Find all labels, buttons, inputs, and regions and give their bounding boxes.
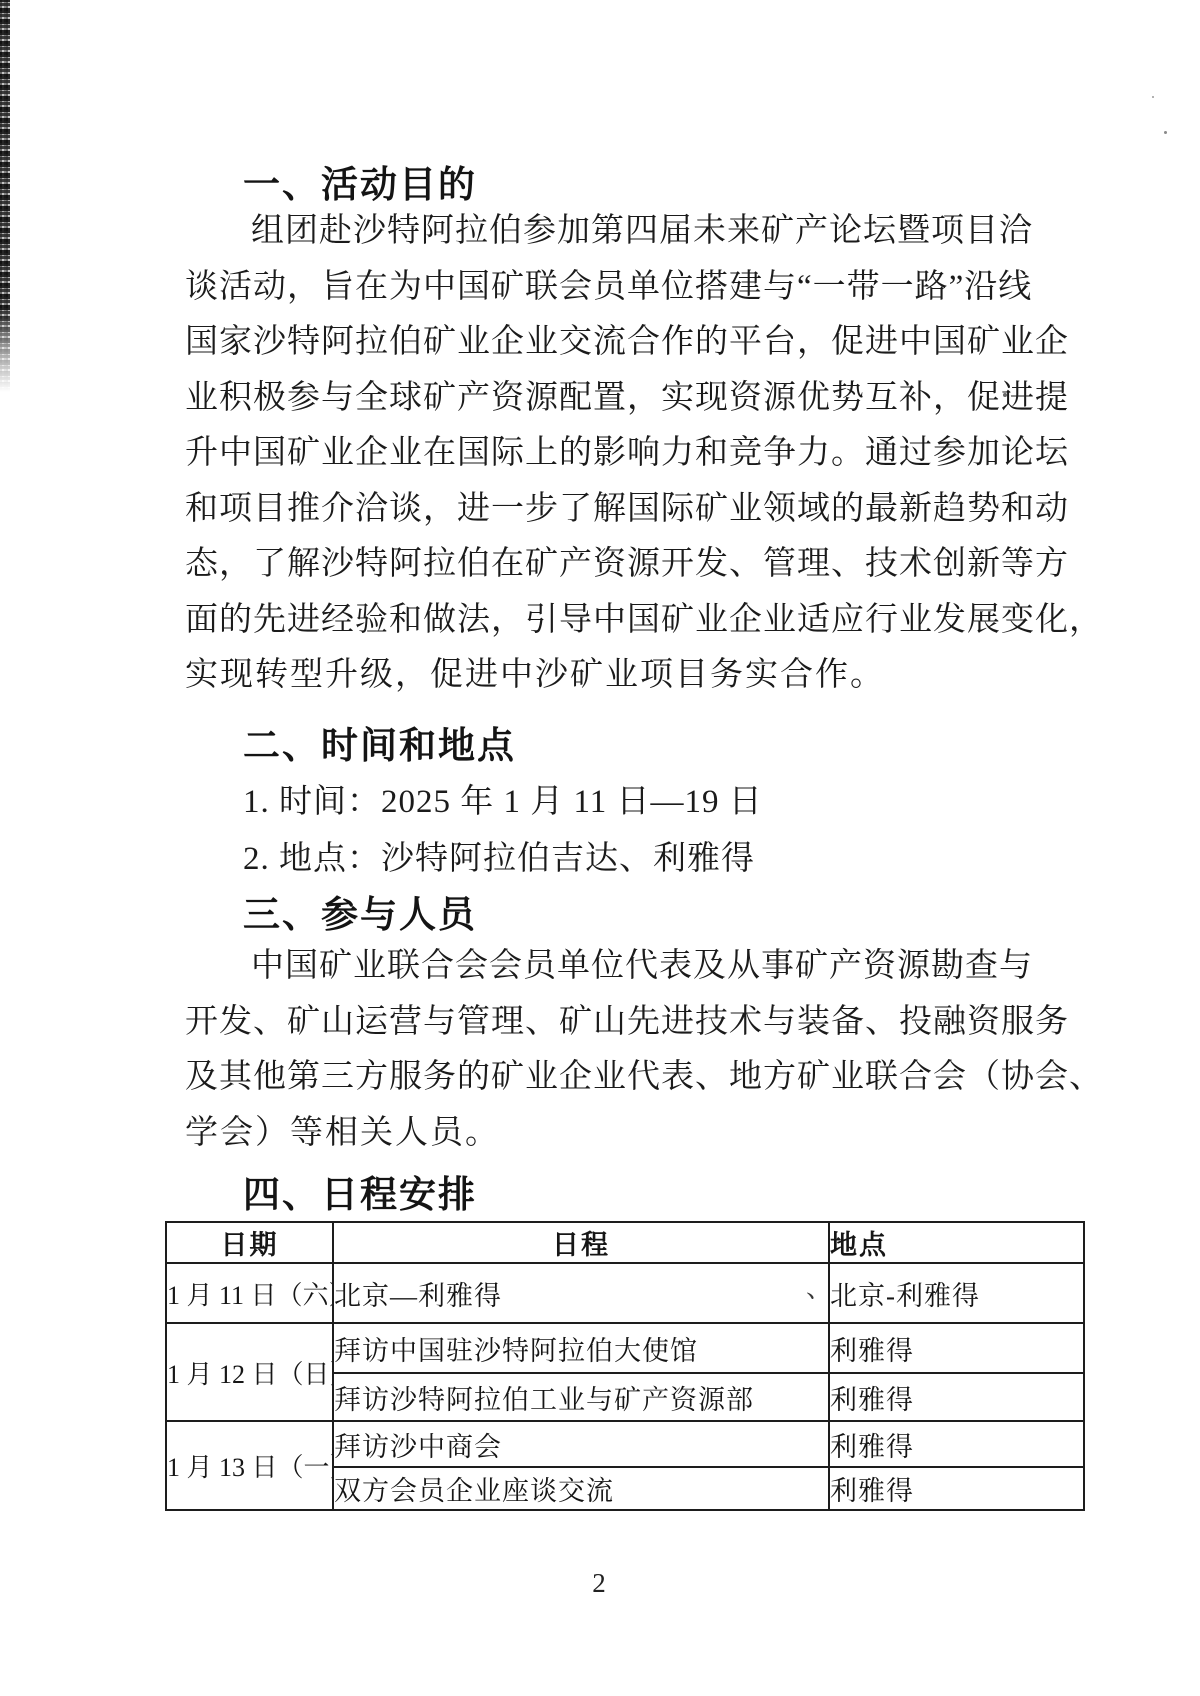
scan-speck bbox=[1152, 96, 1154, 98]
paragraph-line: 组团赴沙特阿拉伯参加第四届未来矿产论坛暨项目洽 bbox=[185, 204, 1013, 260]
header-cell-location: 地点 bbox=[829, 1222, 1084, 1263]
cell-location: 利雅得 bbox=[829, 1323, 1084, 1373]
table-row: 1 月 11 日（六） 北京—利雅得 北京-利雅得 bbox=[166, 1263, 1084, 1323]
cell-date: 1 月 11 日（六） bbox=[166, 1263, 333, 1323]
location-item: 2. 地点：沙特阿拉伯吉达、利雅得 bbox=[243, 837, 1013, 881]
cell-date: 1 月 12 日（日） bbox=[166, 1323, 333, 1421]
paragraph-line: 实现转型升级，促进中沙矿业项目务实合作。 bbox=[185, 648, 1013, 704]
scan-noise-strip bbox=[0, 0, 10, 392]
table-row: 1 月 12 日（日） 拜访中国驻沙特阿拉伯大使馆 利雅得 bbox=[166, 1323, 1084, 1373]
cell-location: 利雅得 bbox=[829, 1421, 1084, 1467]
paragraph-line: 态，了解沙特阿拉伯在矿产资源开发、管理、技术创新等方 bbox=[185, 537, 1013, 593]
section-heading-schedule: 四、日程安排 bbox=[243, 1175, 1013, 1215]
participants-paragraph: 中国矿业联合会会员单位代表及从事矿产资源勘查与开发、矿山运营与管理、矿山先进技术… bbox=[185, 939, 1013, 1161]
cell-location: 利雅得 bbox=[829, 1467, 1084, 1510]
paragraph-line: 及其他第三方服务的矿业企业代表、地方矿业联合会（协会、 bbox=[185, 1050, 1013, 1106]
schedule-table: 日期 日程 地点 1 月 11 日（六） 北京—利雅得 北京-利雅得 1 月 1… bbox=[165, 1221, 1085, 1511]
cell-program: 拜访沙特阿拉伯工业与矿产资源部 bbox=[333, 1373, 829, 1421]
table-row: 1 月 13 日（一） 拜访沙中商会 利雅得 bbox=[166, 1421, 1084, 1467]
paragraph-line: 和项目推介洽谈，进一步了解国际矿业领域的最新趋势和动 bbox=[185, 482, 1013, 538]
paragraph-line: 学会）等相关人员。 bbox=[185, 1106, 1013, 1162]
section-heading-participants: 三、参与人员 bbox=[243, 895, 1013, 935]
time-item: 1. 时间：2025 年 1 月 11 日—19 日 bbox=[243, 780, 1013, 824]
paragraph-line: 面的先进经验和做法，引导中国矿业企业适应行业发展变化， bbox=[185, 593, 1013, 649]
header-cell-date: 日期 bbox=[166, 1222, 333, 1263]
paragraph-line: 升中国矿业企业在国际上的影响力和竞争力。通过参加论坛 bbox=[185, 426, 1013, 482]
header-cell-program: 日程 bbox=[333, 1222, 829, 1263]
paragraph-line: 谈活动，旨在为中国矿联会员单位搭建与“一带一路”沿线 bbox=[185, 260, 1013, 316]
cell-date: 1 月 13 日（一） bbox=[166, 1421, 333, 1510]
cell-program: 拜访中国驻沙特阿拉伯大使馆 bbox=[333, 1323, 829, 1373]
paragraph-line: 中国矿业联合会会员单位代表及从事矿产资源勘查与 bbox=[185, 939, 1013, 995]
cell-location: 利雅得 bbox=[829, 1373, 1084, 1421]
paragraph-line: 国家沙特阿拉伯矿业企业交流合作的平台，促进中国矿业企 bbox=[185, 315, 1013, 371]
section-heading-time-location: 二、时间和地点 bbox=[243, 726, 1013, 766]
scanned-document-page: 一、活动目的 组团赴沙特阿拉伯参加第四届未来矿产论坛暨项目洽谈活动，旨在为中国矿… bbox=[0, 0, 1200, 1696]
table-header-row: 日期 日程 地点 bbox=[166, 1222, 1084, 1263]
section-heading-purpose: 一、活动目的 bbox=[243, 165, 1013, 205]
paragraph-line: 业积极参与全球矿产资源配置，实现资源优势互补，促进提 bbox=[185, 371, 1013, 427]
scan-speck bbox=[1164, 131, 1167, 134]
purpose-paragraph: 组团赴沙特阿拉伯参加第四届未来矿产论坛暨项目洽谈活动，旨在为中国矿联会员单位搭建… bbox=[185, 204, 1013, 704]
cell-program: 双方会员企业座谈交流 bbox=[333, 1467, 829, 1510]
cell-program: 北京—利雅得 bbox=[333, 1263, 829, 1323]
cell-program: 拜访沙中商会 bbox=[333, 1421, 829, 1467]
paragraph-line: 开发、矿山运营与管理、矿山先进技术与装备、投融资服务 bbox=[185, 995, 1013, 1051]
page-number: 2 bbox=[185, 1568, 1013, 1599]
cell-location: 北京-利雅得 bbox=[829, 1263, 1084, 1323]
scan-stray-mark: 、 bbox=[806, 1268, 832, 1305]
